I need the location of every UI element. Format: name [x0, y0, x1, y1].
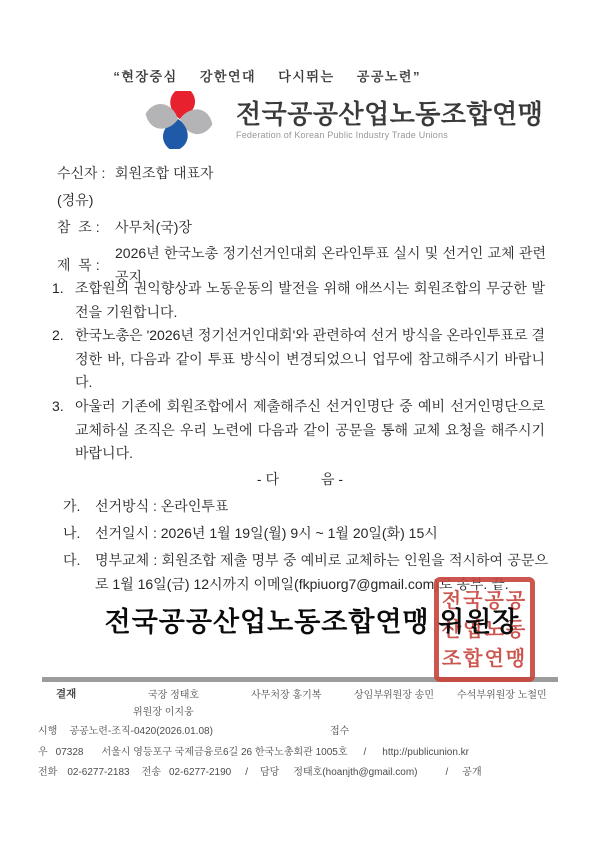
paragraph-text: 조합원의 권익향상과 노동운동의 발전을 위해 애쓰시는 회원조합의 무궁한 발…: [75, 277, 545, 324]
paragraph-number: 3.: [52, 395, 75, 466]
subject-label: 제 목 :: [57, 252, 115, 279]
issue-label: 시행: [38, 722, 57, 737]
phone-label: 전화: [38, 763, 57, 778]
separator: /: [446, 767, 449, 778]
document-page: “현장중심 강한연대 다시뛰는 공공노련” 전국공공산업노동조합연맹 Feder…: [0, 0, 600, 849]
document-meta: 수신자 : 회원조합 대표자 (경유) 참 조 : 사무처(국)장 제 목 : …: [57, 160, 546, 289]
fax-label: 전송: [142, 763, 161, 778]
zip-code: 07328: [56, 747, 84, 758]
approver-chairman: 위원장 이지웅: [133, 703, 194, 718]
recipient-label: 수신자 :: [57, 160, 115, 187]
item-marker: 가.: [63, 495, 95, 519]
contact-label: 담당: [260, 763, 279, 778]
item-text: 선거방식 : 온라인투표: [95, 495, 548, 519]
website-url: http://publicunion.kr: [382, 747, 469, 758]
approver: 사무처장 홍기복: [251, 686, 354, 701]
contact-person: 정태호(hoanjth@gmail.com): [293, 763, 417, 778]
reference-row: 참 조 : 사무처(국)장: [57, 214, 546, 241]
contact-line: 전화 02-6277-2183 전송 02-6277-2190 / 담당 정태호…: [38, 763, 482, 778]
org-slogan: “현장중심 강한연대 다시뛰는 공공노련”: [0, 66, 421, 85]
org-name-english: Federation of Korean Public Industry Tra…: [236, 130, 543, 140]
disclosure-label: 공개: [462, 763, 481, 778]
item-marker: 나.: [63, 522, 95, 546]
recipient-value: 회원조합 대표자: [115, 160, 546, 187]
separator: /: [245, 767, 248, 778]
approver: 국장 정태호: [148, 686, 251, 701]
paragraph-text: 한국노총은 '2026년 정기선거인대회'와 관련하여 선거 방식을 온라인투표…: [75, 324, 545, 395]
paragraph-number: 1.: [52, 277, 75, 324]
paragraph-text: 아울러 기존에 회원조합에서 제출해주신 선거인명단 중 예비 선거인명단으로 …: [75, 395, 545, 466]
approver: 수석부위원장 노철민: [457, 686, 560, 701]
item-text: 선거일시 : 2026년 1월 19일(월) 9시 ~ 1월 20일(화) 15…: [95, 522, 548, 546]
issue-number: 공공노련-조직-0420(2026.01.08): [69, 722, 213, 737]
issue-line: 시행 공공노련-조직-0420(2026.01.08): [38, 722, 213, 737]
approval-line: 결재 국장 정태호 사무처장 홍기복 상임부위원장 송민 수석부위원장 노철민: [56, 686, 560, 701]
receipt-line: 접수: [330, 722, 349, 737]
phone-number: 02-6277-2183: [67, 767, 129, 778]
approver: 상임부위원장 송민: [354, 686, 457, 701]
recipient-row: 수신자 : 회원조합 대표자: [57, 160, 546, 187]
seal-text-line: 조합연맹: [442, 649, 527, 669]
address-line: 우 07328 서울시 영등포구 국제금융로6길 26 한국노총회관 1005호…: [38, 743, 469, 758]
item-ga: 가. 선거방식 : 온라인투표: [63, 495, 548, 519]
address-text: 서울시 영등포구 국제금융로6길 26 한국노총회관 1005호: [101, 743, 347, 758]
signature-title: 전국공공산업노동조합연맹 위원장: [12, 600, 600, 639]
paragraph-1: 1. 조합원의 권익향상과 노동운동의 발전을 위해 애쓰시는 회원조합의 무궁…: [52, 277, 545, 324]
paragraph-3: 3. 아울러 기존에 회원조합에서 제출해주신 선거인명단 중 예비 선거인명단…: [52, 395, 545, 466]
daum-divider: - 다 음 -: [0, 469, 600, 489]
org-brand: 전국공공산업노동조합연맹 Federation of Korean Public…: [132, 91, 543, 149]
via-line: (경유): [57, 187, 546, 214]
paragraph-number: 2.: [52, 324, 75, 395]
reference-label: 참 조 :: [57, 214, 115, 241]
item-marker: 다.: [63, 549, 95, 596]
reference-value: 사무처(국)장: [115, 214, 546, 241]
separator: /: [364, 747, 367, 758]
item-na: 나. 선거일시 : 2026년 1월 19일(월) 9시 ~ 1월 20일(화)…: [63, 522, 548, 546]
fax-number: 02-6277-2190: [169, 767, 231, 778]
org-name: 전국공공산업노동조합연맹: [236, 100, 543, 129]
document-body: 1. 조합원의 권익향상과 노동운동의 발전을 위해 애쓰시는 회원조합의 무궁…: [52, 277, 545, 466]
org-logo-icon: [132, 91, 226, 149]
paragraph-2: 2. 한국노총은 '2026년 정기선거인대회'와 관련하여 선거 방식을 온라…: [52, 324, 545, 395]
approval-label: 결재: [56, 686, 148, 701]
org-brand-text: 전국공공산업노동조합연맹 Federation of Korean Public…: [236, 100, 543, 141]
zip-label: 우: [38, 743, 48, 758]
receipt-label: 접수: [330, 722, 349, 737]
